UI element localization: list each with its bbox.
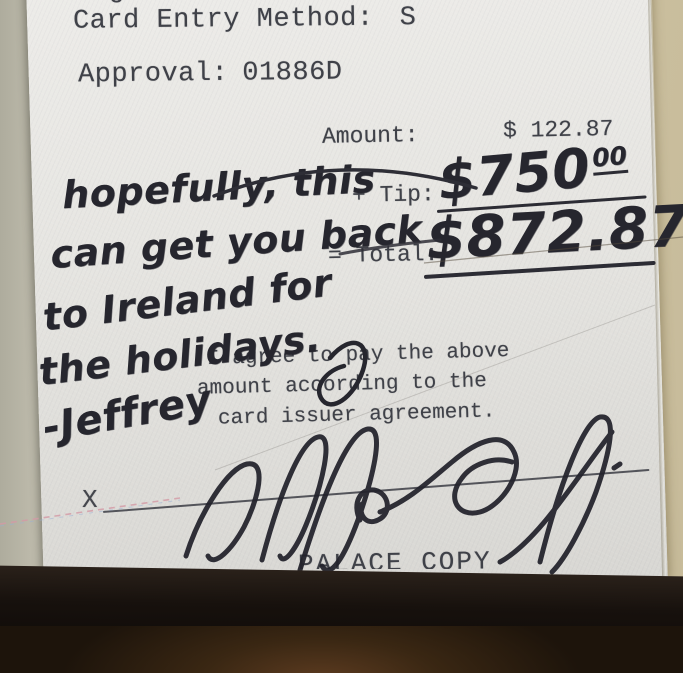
card-entry-row: Card Entry Method:S <box>73 5 417 36</box>
card-entry-label: Card Entry Method: <box>73 4 374 37</box>
card-entry-value: S <box>399 3 416 33</box>
tip-cents: 00 <box>591 141 628 176</box>
amount-label: Amount: <box>322 124 419 149</box>
approval-value: 01886D <box>242 58 343 89</box>
clipped-header-line: Regis <box>75 0 159 5</box>
approval-label: Approval: <box>78 59 229 91</box>
approval-row: Approval:01886D <box>78 60 343 90</box>
clipped-footer-wrapper: PALACE COPY <box>298 550 588 569</box>
total-handwritten-value: $872.87 <box>425 198 683 269</box>
signature-x-label: X <box>82 487 98 513</box>
wood-table-surface <box>0 626 683 673</box>
receipt-photo: Regis Card Entry Method:S Approval:01886… <box>0 0 683 673</box>
clipped-footer-line: PALACE COPY <box>298 550 492 569</box>
